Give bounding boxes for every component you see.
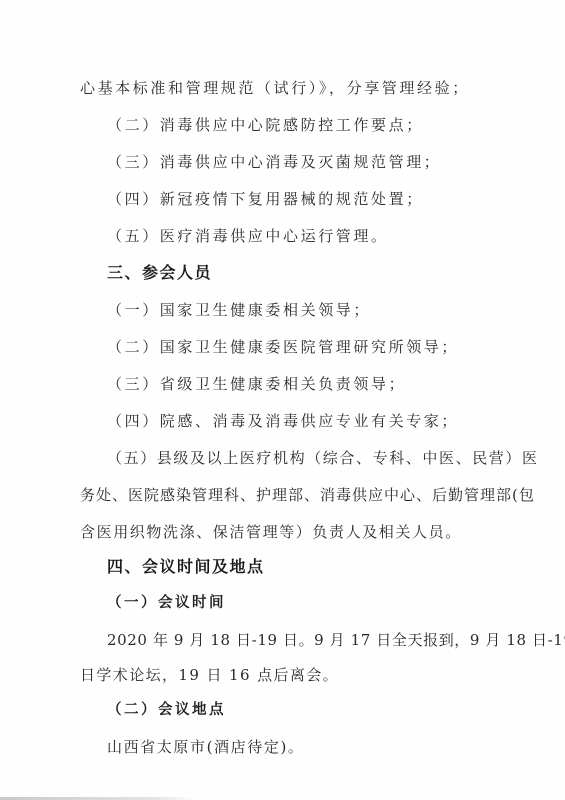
subheading-meeting-time: （一）会议时间 xyxy=(107,593,226,613)
subheading-meeting-location: （二）会议地点 xyxy=(107,700,226,720)
attendee-item-5-line-2: 务处、医院感染管理科、护理部、消毒供应中心、后勤管理部(包 xyxy=(80,485,535,505)
topic-item-4: （四）新冠疫情下复用器械的规范处置； xyxy=(107,189,424,209)
section-heading-time-location: 四、会议时间及地点 xyxy=(107,557,265,577)
topic-item-3: （三）消毒供应中心消毒及灭菌规范管理； xyxy=(107,152,441,172)
meeting-time-line-2: 日学术论坛，19 日 16 点后离会。 xyxy=(80,665,339,685)
attendee-item-3: （三）省级卫生健康委相关负责领导； xyxy=(107,374,406,394)
attendee-item-1: （一）国家卫生健康委相关领导； xyxy=(107,300,371,320)
attendee-item-5-line-1: （五）县级及以上医疗机构（综合、专科、中医、民营）医 xyxy=(107,448,539,468)
topic-item-5: （五）医疗消毒供应中心运行管理。 xyxy=(107,226,389,246)
document-page: 心基本标准和管理规范（试行）》，分享管理经验； （二）消毒供应中心院感防控工作要… xyxy=(0,0,565,800)
meeting-time-line-1: 2020 年 9 月 18 日-19 日。9 月 17 日全天报到，9 月 18… xyxy=(107,630,565,650)
section-heading-attendees: 三、参会人员 xyxy=(107,263,212,283)
paragraph-continuation: 心基本标准和管理规范（试行）》，分享管理经验； xyxy=(80,78,470,98)
attendee-item-2: （二）国家卫生健康委医院管理研究所领导； xyxy=(107,337,459,357)
topic-item-2: （二）消毒供应中心院感防控工作要点； xyxy=(107,115,424,135)
attendee-item-4: （四）院感、消毒及消毒供应专业有关专家； xyxy=(107,411,459,431)
meeting-location-text: 山西省太原市(酒店待定)。 xyxy=(107,737,305,757)
attendee-item-5-line-3: 含医用织物洗涤、保洁管理等）负责人及相关人员。 xyxy=(80,522,462,542)
